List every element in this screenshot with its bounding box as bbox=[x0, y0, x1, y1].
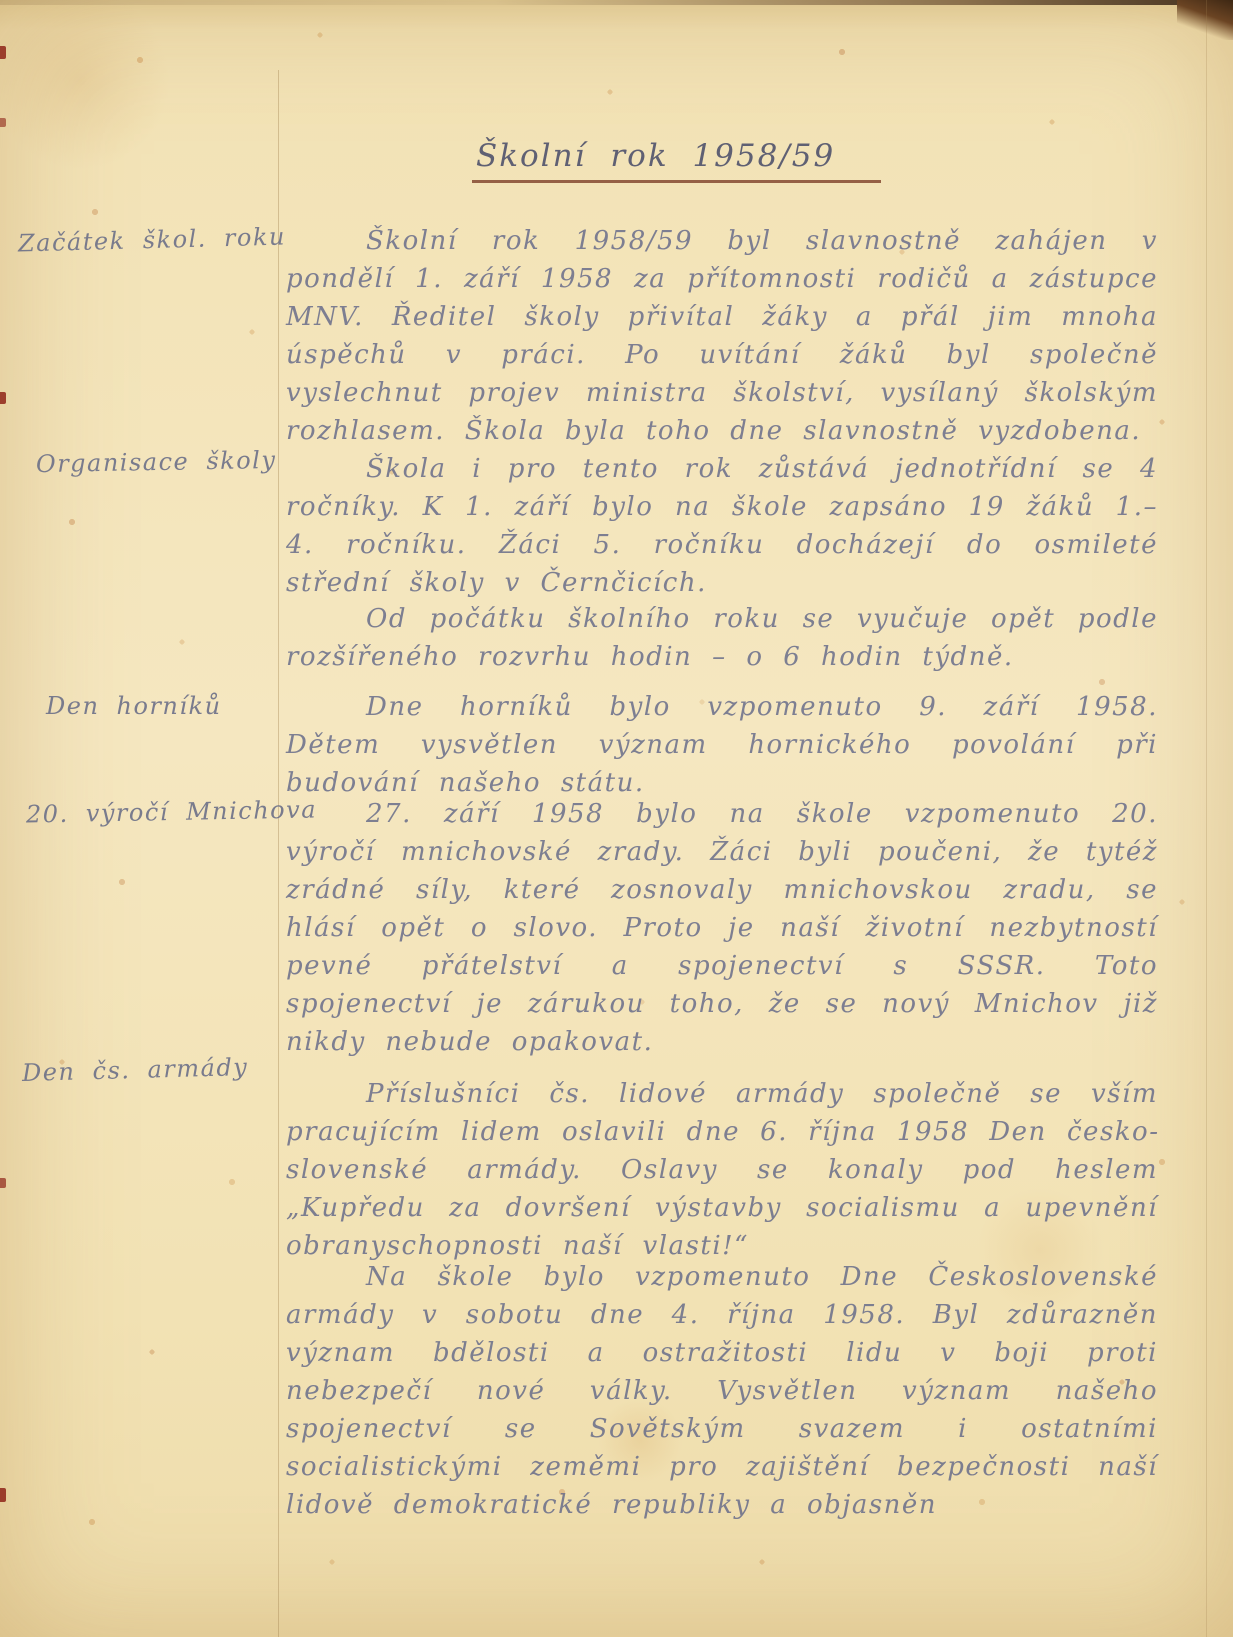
page-title: Školní rok 1958/59 bbox=[472, 138, 881, 183]
chronicle-page: Školní rok 1958/59 Začátek škol. roku Or… bbox=[0, 0, 1233, 1637]
right-fold-line bbox=[1206, 0, 1207, 1637]
red-edge-speck bbox=[0, 46, 6, 59]
margin-note-munich-anniversary: 20. výročí Mnichova bbox=[26, 795, 317, 828]
paragraph-timetable: Od počátku školního roku se vyučuje opět… bbox=[286, 600, 1158, 676]
page-title-text: Školní rok 1958/59 bbox=[472, 138, 881, 183]
margin-note-school-organisation: Organisace školy bbox=[36, 446, 277, 478]
margin-fold-line bbox=[278, 70, 279, 1637]
margin-note-miners-day: Den horníků bbox=[46, 692, 222, 720]
paragraph-munich-anniversary: 27. září 1958 bylo na škole vzpomenuto 2… bbox=[286, 795, 1158, 1061]
scan-top-edge-shadow bbox=[0, 0, 1233, 5]
page-corner-shadow bbox=[1177, 0, 1233, 40]
red-edge-speck bbox=[0, 392, 6, 404]
paragraph-school-year-start: Školní rok 1958/59 byl slavnostně zaháje… bbox=[286, 222, 1158, 450]
margin-note-army-day: Den čs. armády bbox=[22, 1053, 249, 1087]
paragraph-school-organisation: Škola i pro tento rok zůstává jednotřídn… bbox=[286, 450, 1158, 602]
red-edge-speck bbox=[0, 1488, 6, 1502]
paragraph-army-day-school: Na škole bylo vzpomenuto Dne Českosloven… bbox=[286, 1258, 1158, 1524]
paragraph-army-day-celebrations: Příslušníci čs. lidové armády společně s… bbox=[286, 1075, 1158, 1265]
margin-note-school-year-start: Začátek škol. roku bbox=[18, 222, 287, 257]
paragraph-miners-day: Dne horníků bylo vzpomenuto 9. září 1958… bbox=[286, 688, 1158, 802]
red-edge-speck bbox=[0, 1178, 6, 1188]
red-edge-speck bbox=[0, 118, 6, 127]
